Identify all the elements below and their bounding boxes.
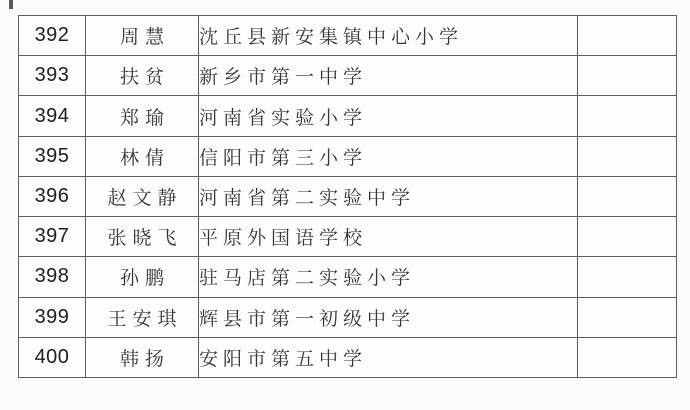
cell-school: 驻马店第二实验小学 (199, 257, 578, 297)
cell-blank (578, 337, 677, 377)
cell-blank (578, 217, 677, 257)
cell-school: 河南省实验小学 (199, 96, 578, 136)
table-row: 395 林倩 信阳市第三小学 (19, 136, 677, 176)
cell-name: 赵文静 (86, 176, 199, 216)
table-row: 394 郑瑜 河南省实验小学 (19, 96, 677, 136)
cell-number: 392 (19, 16, 86, 56)
cell-name: 林倩 (86, 136, 199, 176)
cell-school: 新乡市第一中学 (199, 56, 578, 96)
cell-school: 沈丘县新安集镇中心小学 (199, 16, 578, 56)
cell-name: 郑瑜 (86, 96, 199, 136)
roster-table: 392 周慧 沈丘县新安集镇中心小学 393 扶贫 新乡市第一中学 394 郑瑜… (18, 15, 677, 378)
cell-blank (578, 257, 677, 297)
cell-blank (578, 136, 677, 176)
table-row: 398 孙鹏 驻马店第二实验小学 (19, 257, 677, 297)
cell-school: 信阳市第三小学 (199, 136, 578, 176)
cell-number: 398 (19, 257, 86, 297)
cell-blank (578, 56, 677, 96)
cell-name: 张晓飞 (86, 217, 199, 257)
cell-blank (578, 16, 677, 56)
table-row: 392 周慧 沈丘县新安集镇中心小学 (19, 16, 677, 56)
cell-number: 393 (19, 56, 86, 96)
cell-name: 周慧 (86, 16, 199, 56)
cell-number: 395 (19, 136, 86, 176)
cell-name: 扶贫 (86, 56, 199, 96)
cell-school: 平原外国语学校 (199, 217, 578, 257)
cell-number: 397 (19, 217, 86, 257)
cell-name: 孙鹏 (86, 257, 199, 297)
cell-blank (578, 96, 677, 136)
cell-school: 辉县市第一初级中学 (199, 297, 578, 337)
cell-number: 396 (19, 176, 86, 216)
cell-number: 399 (19, 297, 86, 337)
table-row: 397 张晓飞 平原外国语学校 (19, 217, 677, 257)
cell-school: 安阳市第五中学 (199, 337, 578, 377)
cell-name: 王安琪 (86, 297, 199, 337)
cell-name: 韩扬 (86, 337, 199, 377)
cell-number: 394 (19, 96, 86, 136)
cell-number: 400 (19, 337, 86, 377)
roster-table-body: 392 周慧 沈丘县新安集镇中心小学 393 扶贫 新乡市第一中学 394 郑瑜… (19, 16, 677, 378)
table-row: 393 扶贫 新乡市第一中学 (19, 56, 677, 96)
cell-blank (578, 297, 677, 337)
cell-school: 河南省第二实验中学 (199, 176, 578, 216)
table-row: 399 王安琪 辉县市第一初级中学 (19, 297, 677, 337)
cell-blank (578, 176, 677, 216)
crop-artifact (9, 0, 13, 9)
table-row: 400 韩扬 安阳市第五中学 (19, 337, 677, 377)
table-row: 396 赵文静 河南省第二实验中学 (19, 176, 677, 216)
